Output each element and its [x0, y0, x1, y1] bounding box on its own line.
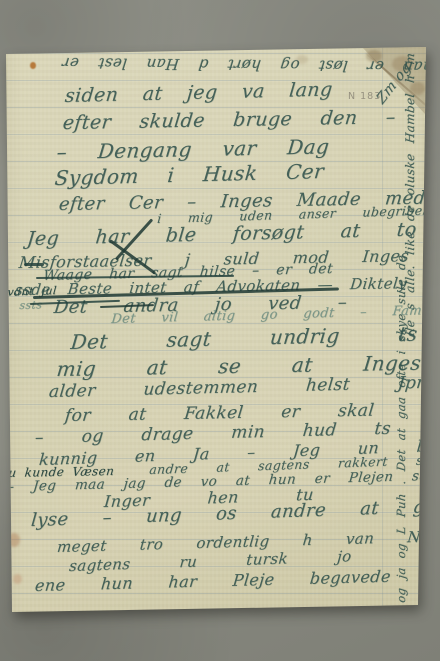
- manuscript-page: N 183 han er løst og hørt d Han lest er …: [0, 0, 440, 661]
- handwritten-line: ssts: [19, 298, 43, 312]
- stain: [30, 62, 36, 69]
- photo-backdrop: N 183 han er løst og hørt d Han lest er …: [0, 0, 440, 661]
- handwritten-line: siden at jeg va lang: [64, 78, 334, 107]
- inverted-handwritten-line: han er løst og hørt d Han lest er: [61, 54, 434, 76]
- stain: [8, 533, 20, 547]
- paper-shadow-wrap: N 183 han er løst og hørt d Han lest er …: [0, 0, 440, 661]
- ink-dash: [24, 263, 44, 266]
- handwritten-line: Sygdom i Husk Cer: [54, 159, 326, 190]
- handwritten-line: Jeg har ble forsøgt at to: [26, 218, 418, 250]
- stain: [13, 574, 22, 584]
- handwritten-line: efter skulde bruge den –: [62, 106, 397, 134]
- margin-note-vertical: og ja og L Puh . Det at gaa ofte i skye …: [394, 254, 408, 603]
